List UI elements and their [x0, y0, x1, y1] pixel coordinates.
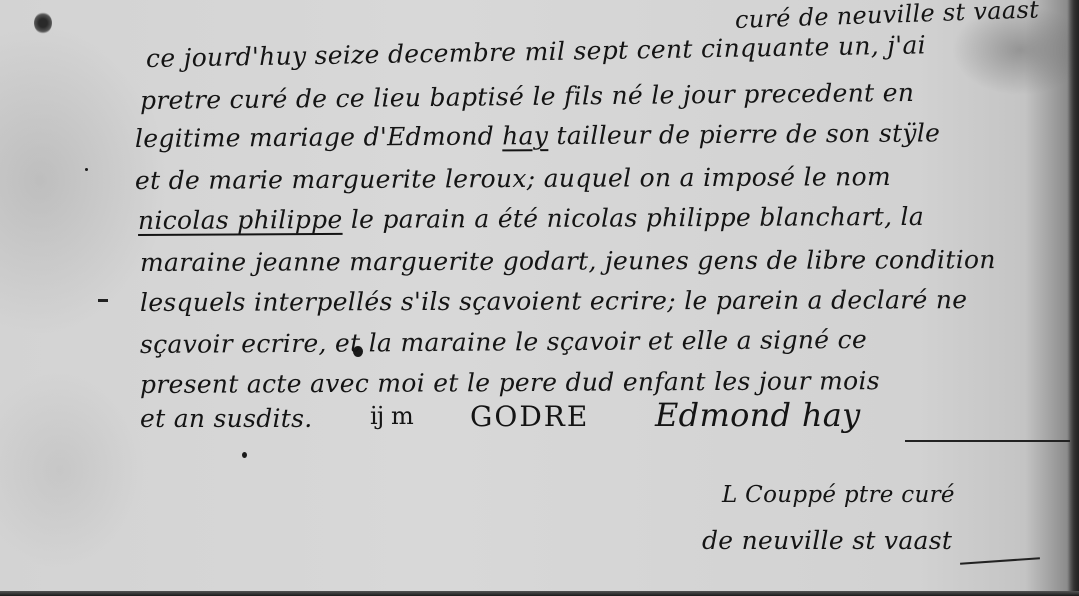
- record-line-3: legitime mariage d'Edmond hay tailleur d…: [135, 118, 940, 153]
- record-line-4: et de marie marguerite leroux; auquel on…: [135, 162, 891, 195]
- priest-signature-line-2: de neuville st vaast: [702, 526, 952, 555]
- record-line-9: present acte avec moi et le pere dud enf…: [140, 366, 880, 399]
- godmother-signature: GODRE: [470, 400, 589, 433]
- godparent-mark: ĳ m: [370, 402, 414, 430]
- ink-speck: [85, 168, 88, 171]
- ink-blot: [34, 12, 52, 34]
- page-bottom-edge: [0, 591, 1079, 596]
- header-line: curé de neuville st vaast: [735, 0, 1040, 34]
- record-line-6: maraine jeanne marguerite godart, jeunes…: [140, 245, 996, 277]
- record-line-2: pretre curé de ce lieu baptisé le fils n…: [140, 78, 914, 115]
- record-line-7: lesquels interpellés s'ils sçavoient ecr…: [140, 285, 967, 317]
- signature-rule: [905, 440, 1070, 442]
- page-right-edge-shadow: [1067, 0, 1079, 596]
- child-name: nicolas philippe: [138, 205, 343, 235]
- legitimate-marriage-text: legitime mariage d'Edmond: [135, 121, 502, 153]
- margin-dash: [98, 299, 108, 302]
- father-surname: hay: [502, 121, 548, 150]
- record-line-8: sçavoir ecrire, et la maraine le sçavoir…: [140, 325, 867, 359]
- priest-signature-line-1: L Couppé ptre curé: [722, 482, 955, 508]
- manuscript-page: curé de neuville st vaast ce jourd'huy s…: [0, 0, 1079, 596]
- record-line-10: et an susdits.: [140, 404, 313, 433]
- record-line-5: nicolas philippe le parain a été nicolas…: [138, 202, 924, 235]
- father-signature: Edmond hay: [655, 396, 860, 434]
- signature-flourish: [960, 557, 1040, 565]
- record-line-1: ce jourd'huy seize decembre mil sept cen…: [146, 30, 926, 73]
- ink-speck: [242, 452, 247, 458]
